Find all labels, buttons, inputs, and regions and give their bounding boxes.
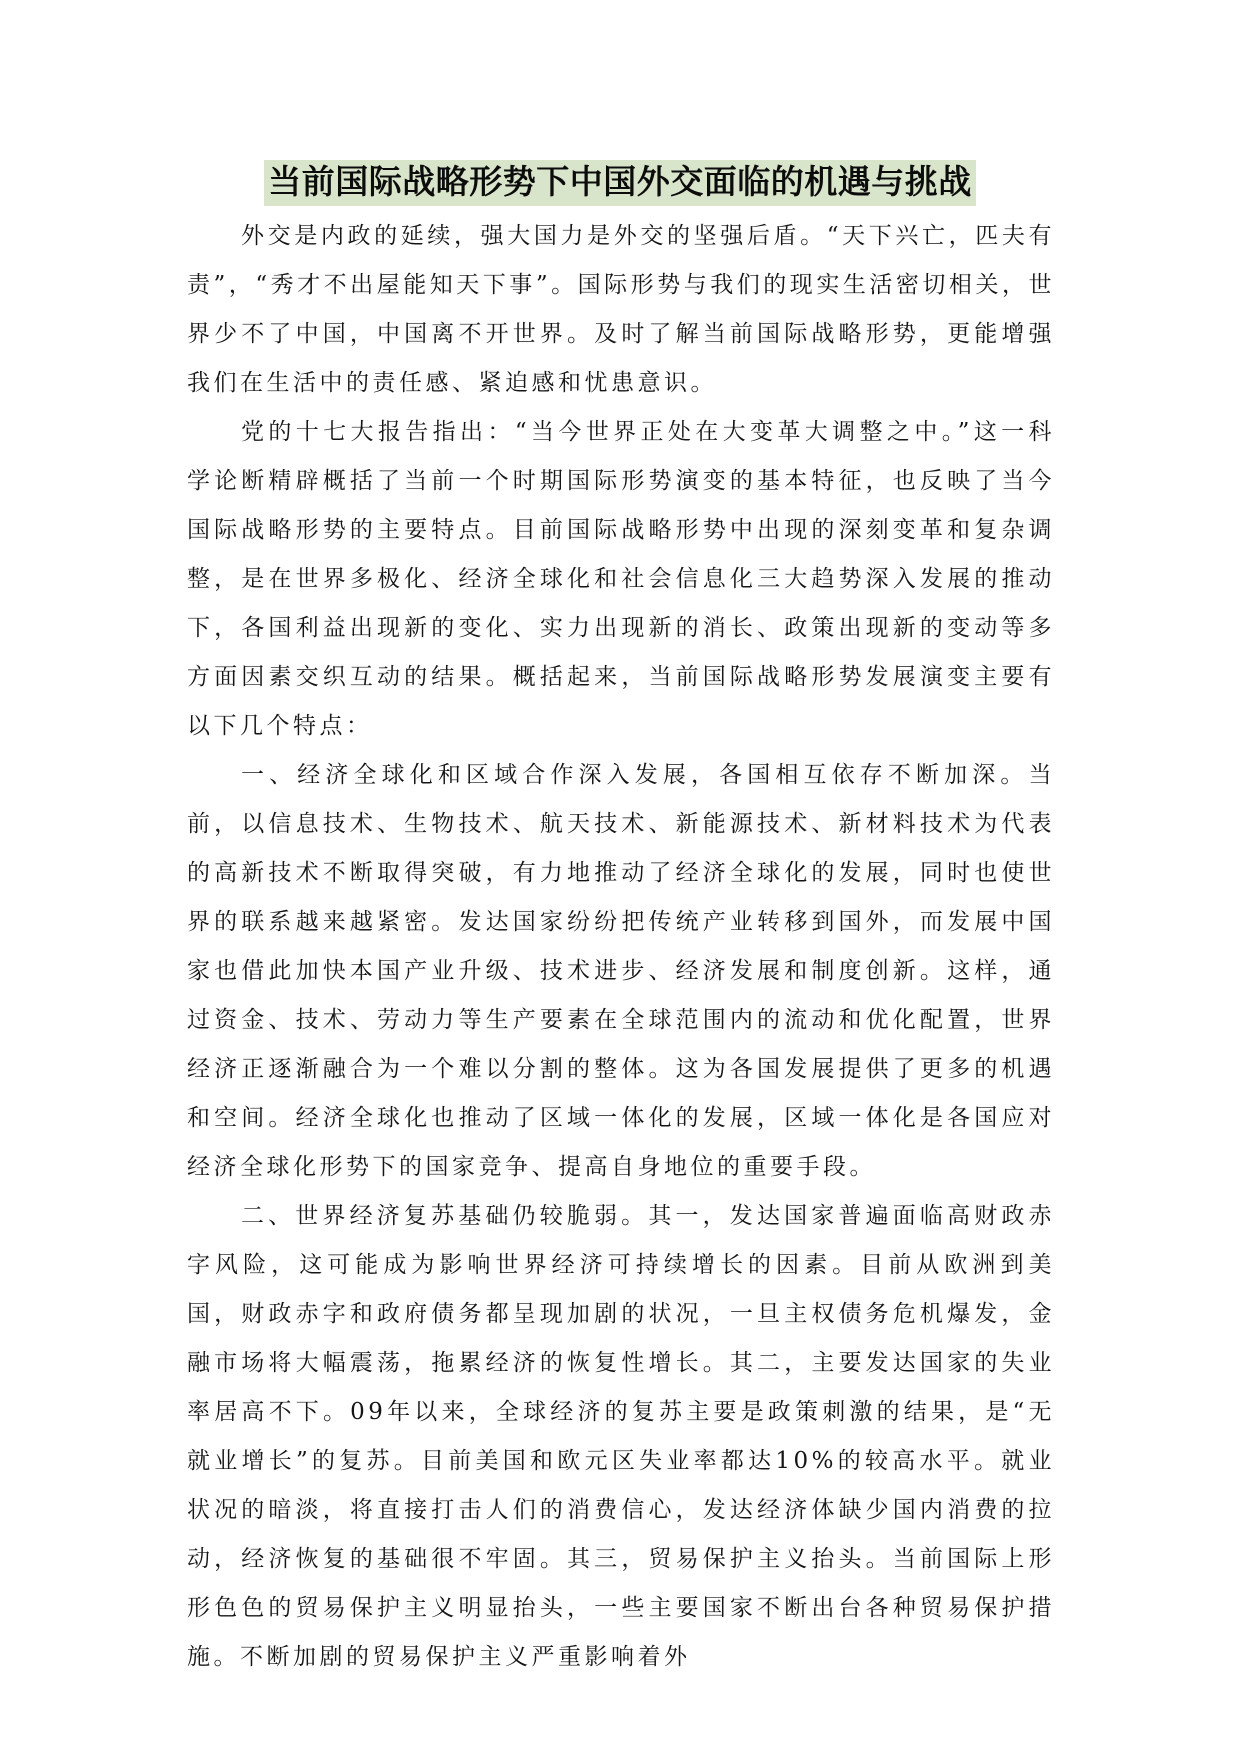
document-page: 当前国际战略形势下中国外交面临的机遇与挑战 外交是内政的延续，强大国力是外交的坚…	[0, 0, 1240, 1753]
paragraph-point-two: 二、世界经济复苏基础仍较脆弱。其一，发达国家普遍面临高财政赤字风险，这可能成为影…	[187, 1192, 1055, 1682]
document-title: 当前国际战略形势下中国外交面临的机遇与挑战	[264, 160, 976, 206]
title-container: 当前国际战略形势下中国外交面临的机遇与挑战	[0, 160, 1240, 206]
paragraph-intro: 外交是内政的延续，强大国力是外交的坚强后盾。“天下兴亡，匹夫有责”，“秀才不出屋…	[187, 212, 1055, 408]
paragraph-report: 党的十七大报告指出：“当今世界正处在大变革大调整之中。”这一科学论断精辟概括了当…	[187, 408, 1055, 751]
document-body: 外交是内政的延续，强大国力是外交的坚强后盾。“天下兴亡，匹夫有责”，“秀才不出屋…	[187, 212, 1055, 1682]
paragraph-point-one: 一、经济全球化和区域合作深入发展，各国相互依存不断加深。当前，以信息技术、生物技…	[187, 751, 1055, 1192]
